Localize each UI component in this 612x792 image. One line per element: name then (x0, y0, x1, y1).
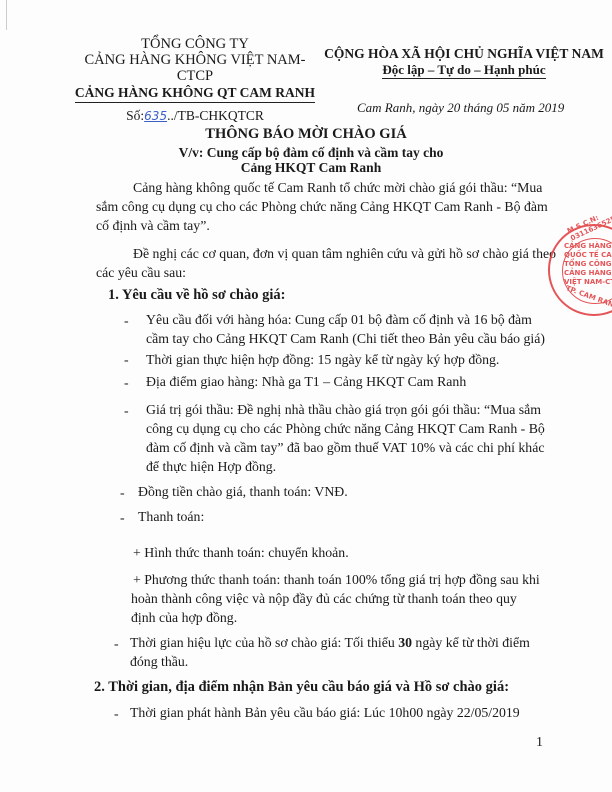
list-item-continued: cầm tay cho Cảng HKQT Cam Ranh (Chi tiết… (146, 329, 545, 348)
bullet-dash: - (124, 352, 129, 368)
stamp-inner-text: CẢNG HÀNG KHÔ QUỐC TẾ CAM R TỔNG CÔNG T … (564, 242, 612, 287)
bullet-dash: - (114, 706, 119, 722)
payment-subitem: + Phương thức thanh toán: thanh toán 100… (133, 570, 540, 589)
subject-line-2: Cảng HKQT Cam Ranh (0, 160, 612, 176)
document-page: TỔNG CÔNG TY CẢNG HÀNG KHÔNG VIỆT NAM-CT… (0, 0, 612, 792)
list-item: Thanh toán: (138, 507, 204, 526)
list-item: Giá trị gói thầu: Đề nghị nhà thầu chào … (146, 400, 541, 419)
national-title: CỘNG HÒA XÃ HỘI CHỦ NGHĨA VIỆT NAM (314, 46, 612, 62)
parent-org-name: CẢNG HÀNG KHÔNG VIỆT NAM-CTCP (70, 52, 320, 84)
bullet-dash: - (120, 510, 125, 526)
intro-paragraph-1-line-3: cố định và cầm tay”. (96, 216, 210, 235)
issuer-header: TỔNG CÔNG TY CẢNG HÀNG KHÔNG VIỆT NAM-CT… (70, 36, 320, 125)
list-item: Địa điểm giao hàng: Nhà ga T1 – Cảng HKQ… (146, 372, 466, 391)
intro-paragraph-1-line-2: sắm công cụ dụng cụ cho các Phòng chức n… (96, 197, 548, 216)
issuer-name: CẢNG HÀNG KHÔNG QT CAM RANH (70, 84, 320, 103)
list-item: Đồng tiền chào giá, thanh toán: VNĐ. (138, 482, 348, 501)
section-2-heading: 2. Thời gian, địa điểm nhận Bản yêu cầu … (94, 678, 509, 697)
parent-org: TỔNG CÔNG TY (70, 36, 320, 52)
intro-paragraph-2: Đề nghị các cơ quan, đơn vị quan tâm ngh… (133, 244, 556, 263)
scan-edge (6, 0, 7, 30)
list-item: Thời gian thực hiện hợp đồng: 15 ngày kể… (146, 350, 499, 369)
document-title: THÔNG BÁO MỜI CHÀO GIÁ (0, 126, 612, 143)
intro-paragraph-1: Cảng hàng không quốc tế Cam Ranh tổ chức… (133, 178, 542, 197)
bullet-dash: - (114, 636, 119, 652)
national-header: CỘNG HÒA XÃ HỘI CHỦ NGHĨA VIỆT NAM Độc l… (314, 46, 612, 78)
list-item-continued: để thực hiện Hợp đồng. (146, 457, 276, 476)
bullet-dash: - (124, 403, 129, 419)
stamp-ring-text: M.S.C.N: 0311636525-0 (566, 198, 612, 243)
handwritten-number: 635 (144, 109, 167, 123)
section-1-heading: 1. Yêu cầu về hồ sơ chào giá: (108, 286, 285, 305)
place-date: Cam Ranh, ngày 20 tháng 05 năm 2019 (357, 100, 564, 116)
page-number: 1 (536, 735, 543, 751)
list-item: Thời gian phát hành Bản yêu cầu báo giá:… (130, 703, 520, 722)
payment-subitem-continued: hoàn thành công việc và nộp đầy đủ các c… (131, 589, 517, 608)
subject-line: V/v: Cung cấp bộ đàm cố định và cầm tay … (0, 145, 612, 161)
bullet-dash: - (120, 485, 125, 501)
list-item-continued: công cụ dụng cụ cho các Phòng chức năng … (146, 419, 545, 438)
bullet-dash: - (124, 375, 129, 391)
list-item-continued: đàm cố định và cầm tay” đã bao gồm thuế … (146, 438, 544, 457)
list-item: Yêu cầu đối với hàng hóa: Cung cấp 01 bộ… (146, 310, 532, 329)
payment-subitem-continued: định của hợp đồng. (131, 608, 237, 627)
intro-paragraph-2-line-2: các yêu cầu sau: (96, 263, 186, 282)
bullet-dash: - (124, 313, 129, 329)
validity-item-continued: đóng thầu. (130, 652, 188, 671)
validity-item: Thời gian hiệu lực của hồ sơ chào giá: T… (130, 633, 530, 652)
document-number: Số:635../TB-CHKQTCR (70, 107, 320, 125)
payment-subitem: + Hình thức thanh toán: chuyển khoản. (133, 543, 349, 562)
national-motto: Độc lập – Tự do – Hạnh phúc (314, 62, 612, 78)
company-seal-stamp: M.S.C.N: 0311636525-0 CẢNG HÀNG KHÔ QUỐC… (548, 224, 612, 316)
